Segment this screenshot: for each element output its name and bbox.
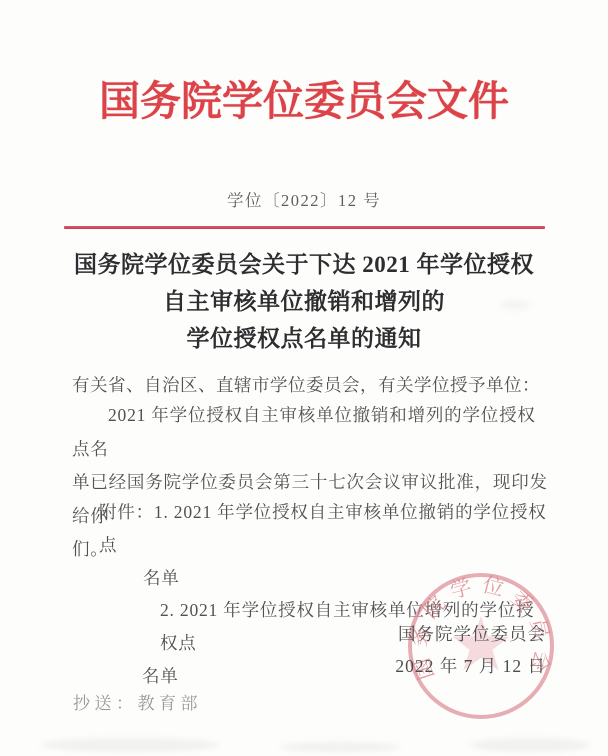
scan-artifact	[280, 742, 400, 752]
scanned-official-document: 国务院学位委员会文件 学位〔2022〕12 号 国务院学位委员会关于下达 202…	[0, 0, 608, 756]
signing-date: 2022 年 7 月 12 日	[395, 651, 546, 683]
scan-artifact	[500, 300, 530, 310]
document-number: 学位〔2022〕12 号	[0, 187, 608, 211]
document-title-line-1: 国务院学位委员会关于下达 2021 年学位授权	[0, 246, 608, 283]
signature-block: 国务院学位委员会 2022 年 7 月 12 日	[395, 619, 546, 682]
document-title-line-3: 学位授权点名单的通知	[0, 320, 608, 357]
letterhead-title: 国务院学位委员会文件	[0, 68, 608, 127]
scan-artifact	[40, 738, 220, 752]
cc-recipients-line: 抄送：教育部	[73, 689, 202, 714]
addressee-line: 有关省、自治区、直辖市学位委员会，有关学位授予单位：	[72, 372, 552, 397]
attachment-item-1: 附件：1. 2021 年学位授权自主审核单位撤销的学位授权点	[99, 496, 550, 562]
letterhead-divider-rule	[64, 226, 545, 229]
body-paragraph-line-1: 2021 年学位授权自主审核单位撤销和增列的学位授权点名	[72, 399, 550, 466]
signing-organization: 国务院学位委员会	[395, 619, 546, 651]
scan-artifact	[470, 738, 590, 752]
